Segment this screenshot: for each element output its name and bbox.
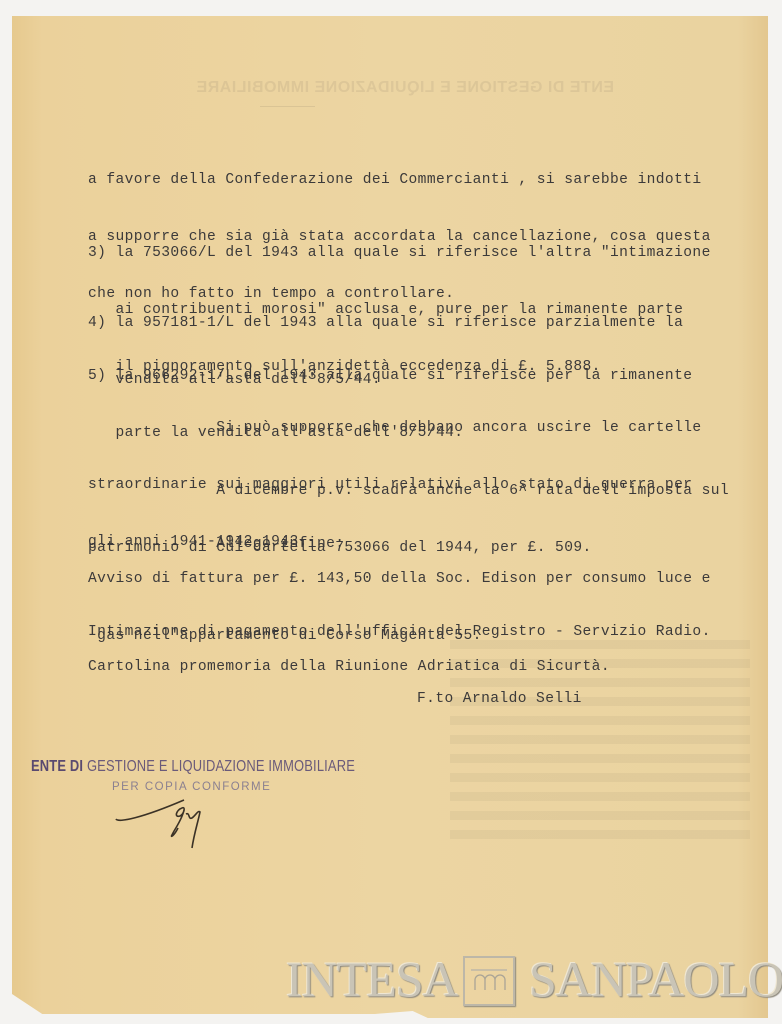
typed-signature: F.to Arnaldo Selli: [417, 690, 582, 709]
bank-logo-icon: [463, 956, 515, 1006]
show-through-header: ENTE DI GESTIONE E LIQUIDAZIONE IMMOBILI…: [75, 79, 735, 97]
handwritten-signature-icon: [112, 790, 222, 852]
text-line: 3) la 753066/L del 1943 alla quale si ri…: [88, 244, 711, 263]
text-line: Cartolina promemoria della Riunione Adri…: [88, 658, 610, 677]
text-line: Si può supporre che debbano ancora uscir…: [88, 419, 702, 438]
stamp-bold-text: ENTE DI: [31, 758, 83, 775]
intesa-sanpaolo-watermark: INTESA SANPAOLO: [286, 950, 756, 1005]
watermark-left-word: INTESA: [286, 950, 458, 1008]
enclosure-cartolina: Cartolina promemoria della Riunione Adri…: [88, 620, 610, 696]
text-line: a favore della Confederazione dei Commer…: [88, 171, 711, 190]
stamp-text: GESTIONE E LIQUIDAZIONE IMMOBILIARE: [83, 758, 355, 775]
show-through-rule: [260, 106, 315, 107]
watermark-right-word: SANPAOLO: [529, 950, 782, 1008]
institution-stamp: ENTE DI GESTIONE E LIQUIDAZIONE IMMOBILI…: [31, 758, 355, 776]
